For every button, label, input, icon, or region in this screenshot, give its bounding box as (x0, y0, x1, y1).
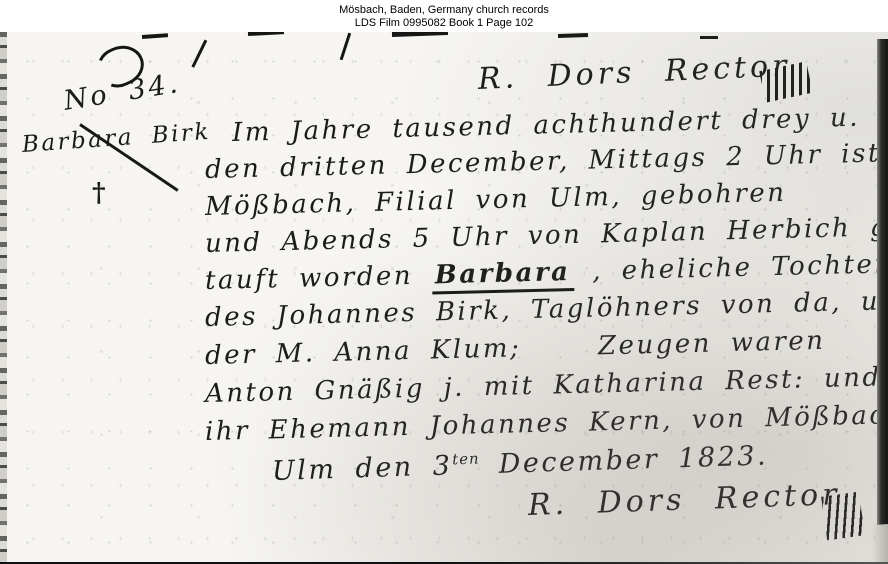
page-edge-right (877, 39, 888, 525)
date-suffix: December 1823. (479, 440, 768, 480)
rector-signature-top: R. Dors Rector (477, 48, 791, 97)
stroke-remnant (191, 40, 206, 68)
record-line-5-before: tauft worden (205, 261, 414, 296)
page-edge-smudge (872, 524, 888, 564)
stroke-remnant (700, 36, 718, 39)
caption-header: Mösbach, Baden, Germany church records L… (0, 4, 888, 30)
record-line-7-right: Zeugen waren (598, 326, 826, 362)
stroke-remnant (558, 33, 588, 38)
margin-name-annotation: Barbara Birk (21, 119, 212, 158)
record-line-3: Mößbach, Filial von Ulm, gebohren (205, 178, 787, 222)
record-line-9: ihr Ehemann Johannes Kern, von Mößbach (205, 400, 888, 447)
record-line-7: der M. Anna Klum; Zeugen waren (205, 326, 826, 371)
signature-flourish-icon (821, 492, 865, 541)
record-line-7-left: der M. Anna Klum; (205, 333, 522, 371)
caption-film-line: LDS Film 0995082 Book 1 Page 102 (0, 17, 888, 30)
stroke-remnant (142, 33, 168, 38)
stroke-remnant (248, 32, 284, 36)
baptism-name: Barbara (431, 257, 573, 294)
stroke-remnant (340, 33, 351, 60)
caption-location-line: Mösbach, Baden, Germany church records (0, 4, 888, 17)
cross-icon: † (92, 178, 108, 208)
date-line: Ulm den 3ten December 1823. (272, 440, 769, 487)
binding-edge-left (0, 32, 7, 564)
record-line-5-after: , eheliche Tochter (592, 249, 888, 286)
scanned-record-image: R. Dors Rector No 34. Barbara Birk † Im … (0, 32, 888, 564)
date-ordinal-sup: ten (452, 449, 480, 468)
rector-signature-bottom: R. Dors Rector (527, 477, 841, 523)
date-prefix: Ulm den 3 (272, 450, 453, 487)
stroke-remnant (392, 32, 448, 37)
